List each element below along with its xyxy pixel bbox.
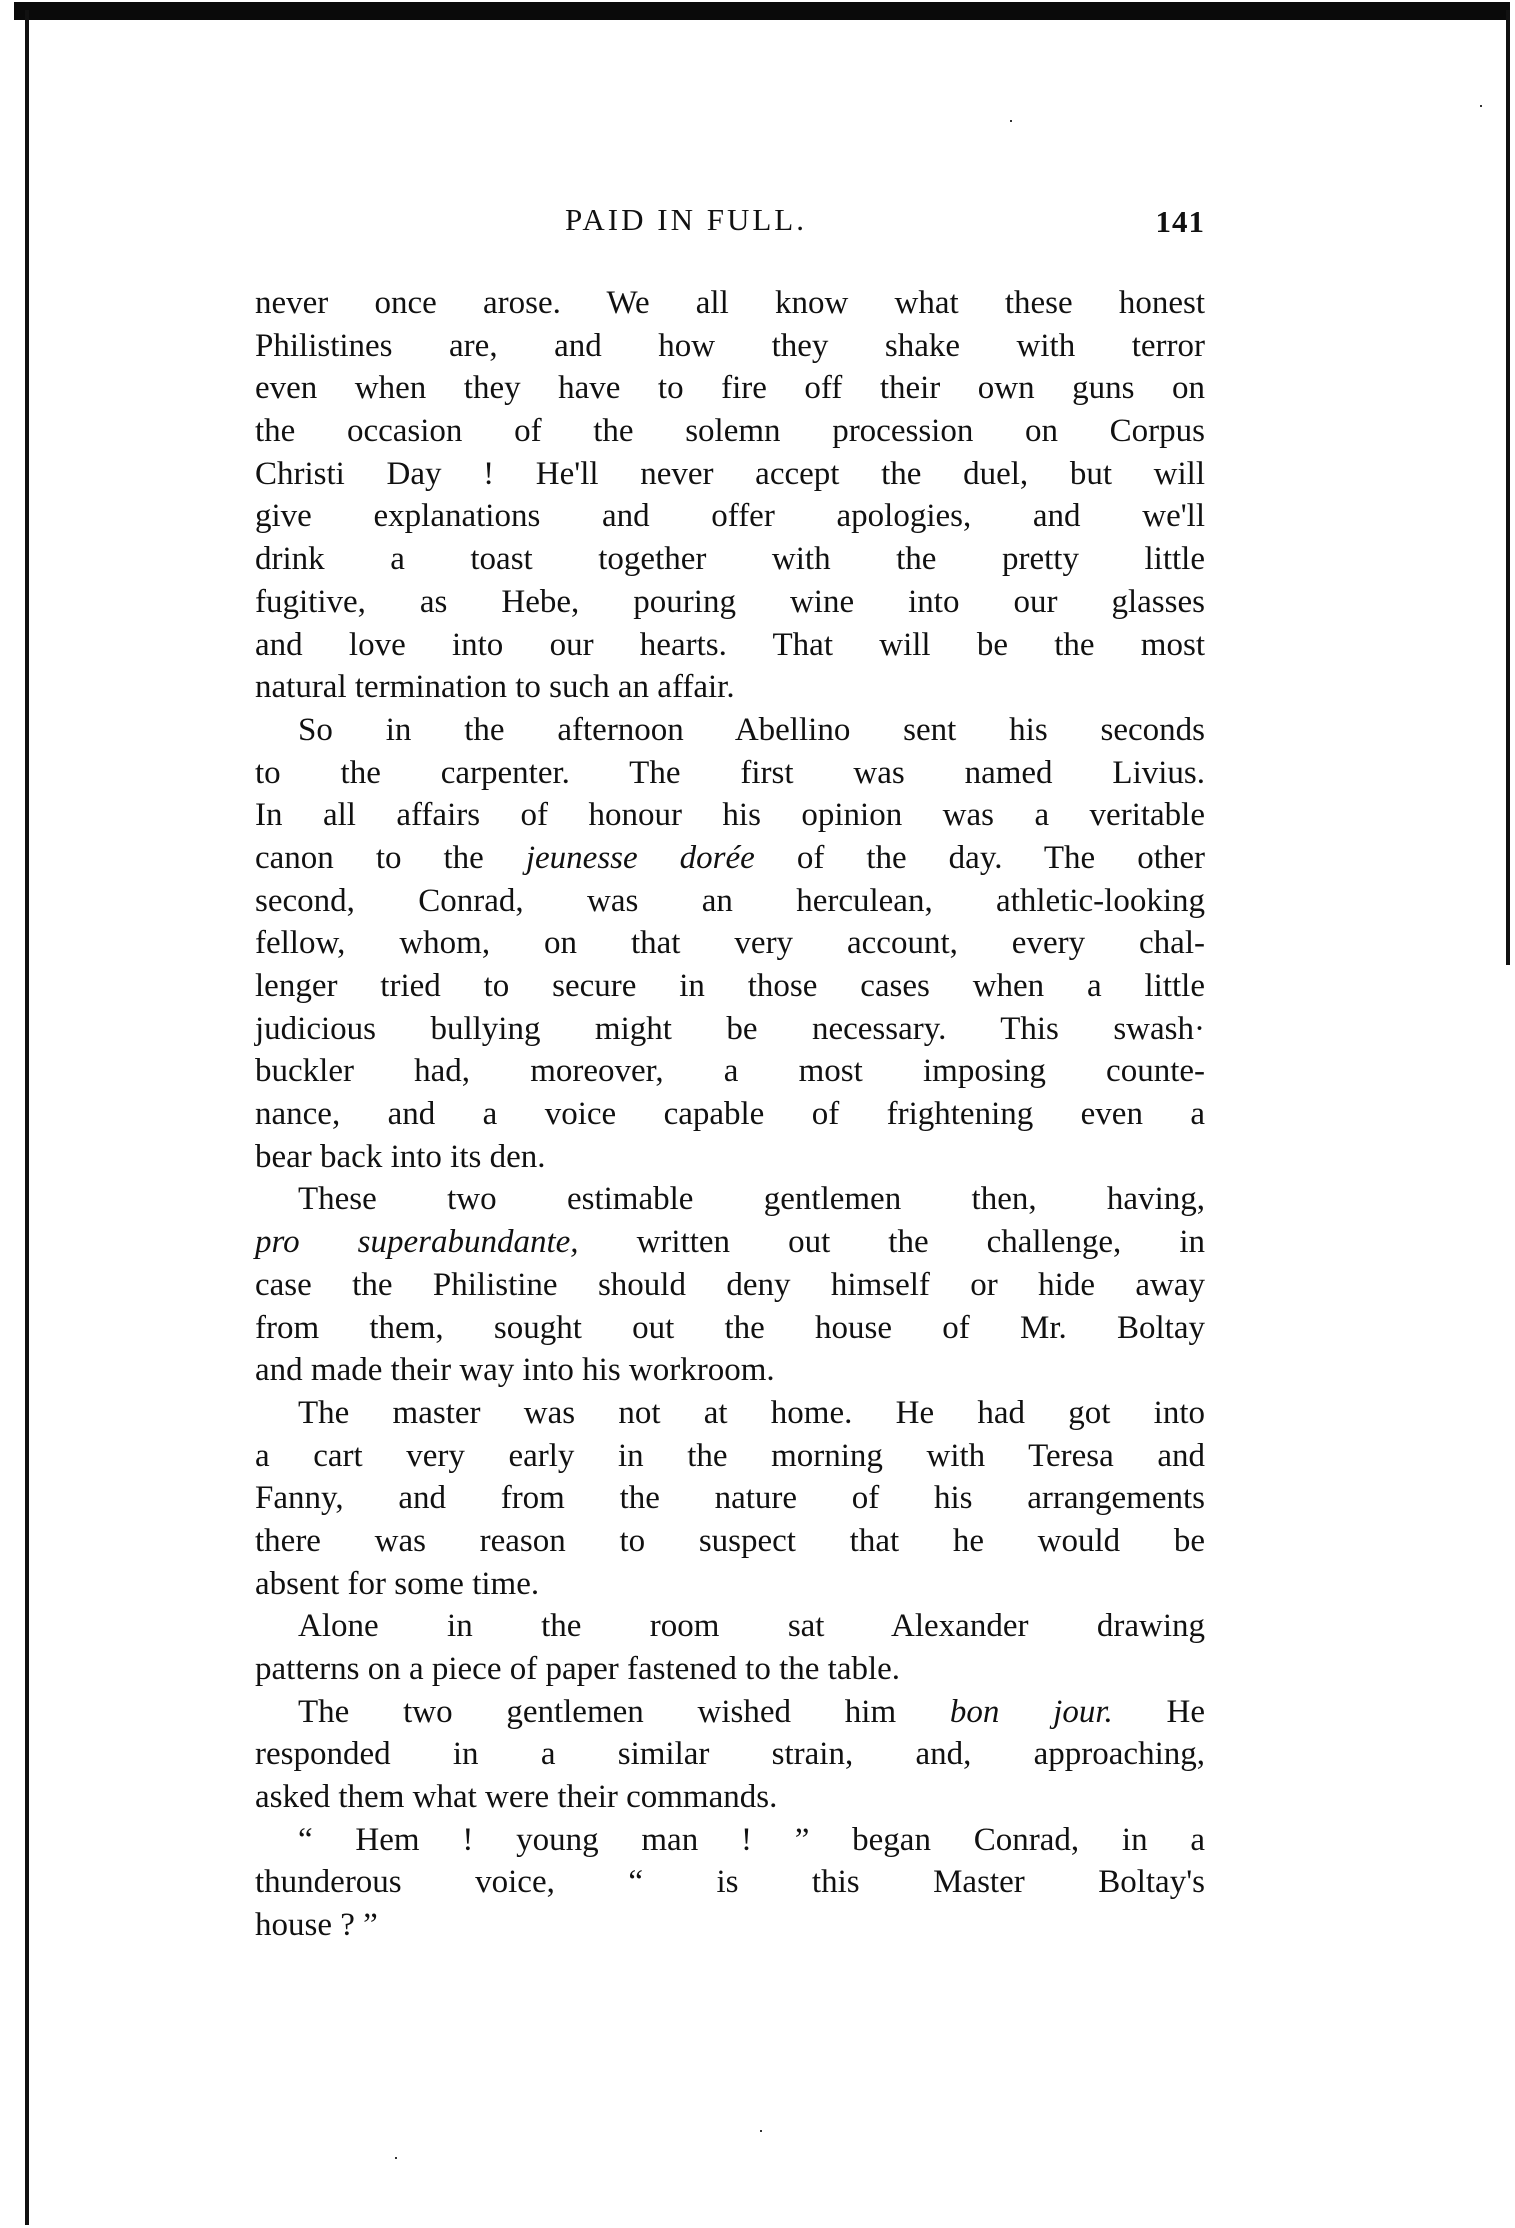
text-line: The two gentlemen wished him bon jour. H…	[255, 1691, 1205, 1734]
scan-left-edge	[25, 10, 29, 2225]
text-line: The master was not at home. He had got i…	[255, 1392, 1205, 1435]
text-line: bear back into its den.	[255, 1136, 1205, 1179]
page-number: 141	[1156, 204, 1206, 240]
text-line: the occasion of the solemn procession on…	[255, 410, 1205, 453]
text-line: Christi Day ! He'll never accept the due…	[255, 453, 1205, 496]
text-line: drink a toast together with the pretty l…	[255, 538, 1205, 581]
text-line: pro superabundante, written out the chal…	[255, 1221, 1205, 1264]
running-title: PAID IN FULL.	[565, 202, 807, 238]
text-line: Philistines are, and how they shake with…	[255, 325, 1205, 368]
text-line: fellow, whom, on that very account, ever…	[255, 922, 1205, 965]
scan-right-edge	[1506, 10, 1510, 965]
text-line: even when they have to fire off their ow…	[255, 367, 1205, 410]
scan-speck	[395, 2157, 397, 2159]
text-line: give explanations and offer apologies, a…	[255, 495, 1205, 538]
italic-phrase: jeunesse dorée	[526, 840, 755, 876]
text-line: house ? ”	[255, 1904, 1205, 1947]
scan-top-edge	[14, 2, 1510, 20]
running-header: PAID IN FULL. 141	[255, 200, 1205, 240]
text-line: In all affairs of honour his opinion was…	[255, 794, 1205, 837]
text-line: “ Hem ! young man ! ” began Conrad, in a	[255, 1819, 1205, 1862]
body-text: never once arose. We all know what these…	[255, 282, 1205, 1947]
text-line: and made their way into his workroom.	[255, 1349, 1205, 1392]
text-line: So in the afternoon Abellino sent his se…	[255, 709, 1205, 752]
text-line: responded in a similar strain, and, appr…	[255, 1733, 1205, 1776]
text-line: case the Philistine should deny himself …	[255, 1264, 1205, 1307]
text-line: canon to the jeunesse dorée of the day. …	[255, 837, 1205, 880]
text-line: from them, sought out the house of Mr. B…	[255, 1307, 1205, 1350]
text-line: natural termination to such an affair.	[255, 666, 1205, 709]
text-line: thunderous voice, “ is this Master Bolta…	[255, 1861, 1205, 1904]
text-line: to the carpenter. The first was named Li…	[255, 752, 1205, 795]
italic-phrase: bon jour.	[950, 1694, 1113, 1730]
text-line: Fanny, and from the nature of his arrang…	[255, 1477, 1205, 1520]
scan-speck	[1480, 105, 1482, 107]
scan-speck	[1010, 120, 1012, 122]
text-line: there was reason to suspect that he woul…	[255, 1520, 1205, 1563]
text-line: second, Conrad, was an herculean, athlet…	[255, 880, 1205, 923]
text-line: patterns on a piece of paper fastened to…	[255, 1648, 1205, 1691]
text-line: These two estimable gentlemen then, havi…	[255, 1178, 1205, 1221]
text-line: never once arose. We all know what these…	[255, 282, 1205, 325]
text-line: asked them what were their commands.	[255, 1776, 1205, 1819]
text-line: absent for some time.	[255, 1563, 1205, 1606]
text-line: a cart very early in the morning with Te…	[255, 1435, 1205, 1478]
text-line: fugitive, as Hebe, pouring wine into our…	[255, 581, 1205, 624]
text-line: Alone in the room sat Alexander drawing	[255, 1605, 1205, 1648]
scan-speck	[760, 2130, 762, 2132]
text-line: lenger tried to secure in those cases wh…	[255, 965, 1205, 1008]
text-line: and love into our hearts. That will be t…	[255, 624, 1205, 667]
italic-phrase: pro superabundante,	[255, 1224, 579, 1260]
text-line: judicious bullying might be necessary. T…	[255, 1008, 1205, 1051]
text-line: buckler had, moreover, a most imposing c…	[255, 1050, 1205, 1093]
text-line: nance, and a voice capable of frightenin…	[255, 1093, 1205, 1136]
